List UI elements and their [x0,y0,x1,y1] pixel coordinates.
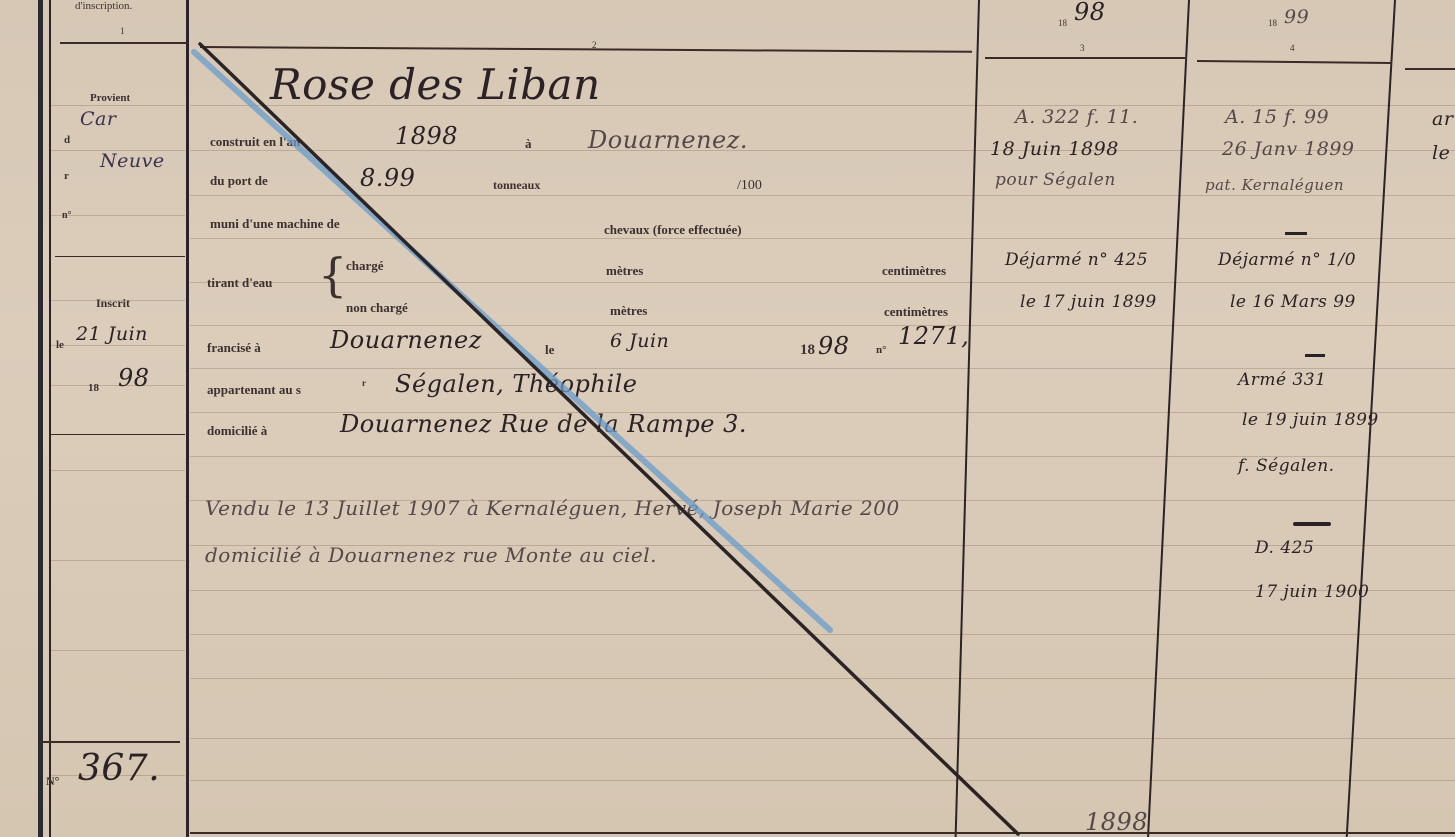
provient-d-value: Car [80,108,116,130]
header-col4-number: 4 [1290,43,1295,53]
column-border [38,0,43,837]
section-rule [55,256,185,257]
tirant-brace: { [318,252,347,298]
bottom-rule [190,832,1455,834]
registry-number-label: N° [46,774,59,789]
col1898-line1: A. 322 f. 11. [1015,106,1138,128]
inscrit-label: Inscrit [96,296,130,311]
col1899-line3: pat. Kernaléguen [1205,176,1344,194]
port-value: 8.99 [360,164,415,192]
provient-r-value: Neuve [100,150,165,172]
col1898-line4: Déjarmé n° 425 [1005,250,1148,270]
francise-year-prefix: 18 [800,342,815,359]
column-border [186,0,189,837]
domicilie-label: domicilié à [207,423,267,439]
col1899-line4: Déjarmé n° 1/0 [1218,250,1356,270]
header-rule [1405,68,1455,70]
charge-centimetres-label: centimètres [882,263,946,279]
col1898-line2: 18 Juin 1898 [990,138,1119,160]
construit-a-label: à [525,136,532,152]
col1899-line7: le 19 juin 1899 [1242,410,1379,430]
header-col3-year-prefix: 18 [1058,18,1067,28]
dash-separator [1293,522,1331,526]
construit-place: Douarnenez. [588,126,748,154]
col-next-line1: ar [1432,108,1453,130]
tonnage-fraction-label: /100 [737,178,762,194]
ruled-line [190,780,1455,781]
ruled-line [50,650,185,651]
appartenant-label: appartenant au s [207,382,301,398]
ruled-line [50,345,185,346]
col1899-line2: 26 Janv 1899 [1222,138,1355,160]
non-charge-metres-label: mètres [610,303,647,319]
header-col4-year-prefix: 18 [1268,18,1277,28]
owner-address: Douarnenez Rue de la Rampe 3. [340,410,747,438]
ruled-line [190,238,1455,239]
header-col4-year: 99 [1284,6,1309,28]
ruled-line [190,368,1455,369]
header-rule [200,46,972,53]
col1898-line3: pour Ségalen [995,170,1116,190]
header-rule [1197,60,1392,64]
ruled-line [190,678,1455,679]
bottom-year: 1898 [1085,808,1148,836]
machine-label: muni d'une machine de [210,216,340,232]
col1899-line1: A. 15 f. 99 [1225,106,1329,128]
inscrit-year-prefix: 18 [88,382,99,394]
non-charge-centimetres-label: centimètres [884,304,948,320]
header-col3-year: 98 [1074,0,1106,26]
provient-d-label: d [64,134,70,146]
header-rule [985,57,1185,59]
header-col1-title: d'inscription. [75,0,132,12]
tonneaux-label: tonneaux [493,178,540,193]
col1899-line8: f. Ségalen. [1238,456,1335,476]
ruled-line [190,282,1455,283]
ledger-page: d'inscription. 1 2 18 98 3 18 99 4 Provi… [0,0,1455,837]
francise-le-label: le [545,342,554,358]
francise-number: 1271, [898,322,969,350]
francise-year: 98 [818,332,850,360]
ruled-line [50,470,185,471]
ruled-line [50,560,185,561]
construit-year: 1898 [395,122,458,150]
col1899-line10: 17 juin 1900 [1255,582,1369,602]
chevaux-label: chevaux (force effectuée) [604,222,742,238]
column-border [49,0,51,837]
provient-label: Provient [90,92,130,104]
column-border [955,0,980,837]
owner-name: Ségalen, Théophile [395,370,637,398]
inscrit-le-label: le [56,339,64,351]
ruled-line [190,634,1455,635]
col-next-line2: le [1432,142,1450,164]
header-rule [60,42,188,44]
charge-metres-label: mètres [606,263,643,279]
non-charge-label: non chargé [346,300,408,316]
col1899-line9: D. 425 [1255,538,1314,558]
ruled-line [190,195,1455,196]
construit-label: construit en l'an [210,134,300,150]
registry-number: 367. [78,748,160,789]
francise-no-label: n° [876,344,887,356]
inscrit-date: 21 Juin [76,323,148,345]
ruled-line [190,738,1455,739]
port-label: du port de [210,173,268,189]
sale-note-line2: domicilié à Douarnenez rue Monte au ciel… [205,543,657,567]
col1899-line6: Armé 331 [1238,370,1326,390]
provient-n-label: n° [62,210,72,221]
dash-separator [1305,354,1325,357]
section-rule [40,741,180,743]
header-col1-number: 1 [120,26,125,36]
ship-name: Rose des Liban [270,60,601,109]
col1899-line5: le 16 Mars 99 [1230,292,1356,312]
section-rule [50,434,185,435]
provient-r-label: r [64,170,69,182]
header-col3-number: 3 [1080,43,1085,53]
appartenant-sup: r [362,378,366,388]
dash-separator [1285,232,1307,235]
col1898-line5: le 17 juin 1899 [1020,292,1157,312]
francise-place: Douarnenez [330,326,482,354]
inscrit-year: 98 [118,364,150,392]
tirant-label: tirant d'eau [207,275,272,291]
sale-note-line1: Vendu le 13 Juillet 1907 à Kernaléguen, … [205,496,900,520]
francise-label: francisé à [207,340,261,356]
column-border [1147,0,1190,837]
header-col2-number: 2 [592,40,597,50]
ruled-line [50,105,185,106]
francise-date: 6 Juin [610,330,669,352]
charge-label: chargé [346,258,384,274]
